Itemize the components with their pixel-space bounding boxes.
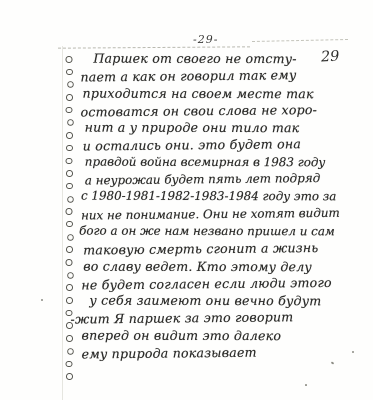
binding-hole xyxy=(66,94,73,101)
binding-hole xyxy=(66,361,73,368)
binding-hole xyxy=(66,221,73,228)
handwritten-line: и остались они. это будет она xyxy=(83,136,367,156)
binding-hole xyxy=(66,297,73,304)
binding-hole xyxy=(66,208,73,215)
handwritten-line: -жит Я паршек за это говорит xyxy=(70,309,367,329)
handwritten-line: с 1980-1981-1982-1983-1984 году это за xyxy=(81,189,367,207)
binding-hole xyxy=(67,120,73,126)
handwritten-line: Паршек от своего не отсту- xyxy=(93,51,366,69)
binding-hole xyxy=(66,183,73,190)
binding-holes xyxy=(66,56,73,380)
binding-hole xyxy=(67,82,73,88)
page-number-top: -29- xyxy=(193,33,218,46)
handwritten-line: правдой война всемирная в 1983 году xyxy=(85,154,367,172)
handwritten-line: них не понимание. Они не хотят видит xyxy=(81,205,367,225)
scan-speck xyxy=(352,351,354,353)
handwritten-line: не будет согласен если люди этого xyxy=(81,274,367,294)
binding-hole xyxy=(66,145,73,152)
binding-hole xyxy=(66,284,73,291)
handwritten-line: бого а он же нам незвано пришел и сам xyxy=(79,224,367,242)
binding-hole xyxy=(67,196,73,202)
binding-hole xyxy=(67,272,73,278)
scanned-page: -29- 29 Паршек от своего не отсту- пает … xyxy=(0,0,373,400)
binding-hole xyxy=(66,335,73,342)
binding-hole xyxy=(67,348,73,354)
page-top-edge xyxy=(58,46,250,48)
binding-hole xyxy=(66,158,73,165)
handwritten-line: во славу ведет. Кто этому делу xyxy=(83,258,367,276)
scan-speck xyxy=(41,299,43,301)
handwritten-line: таковую смерть сгонит а жизнь xyxy=(83,240,367,260)
binding-hole xyxy=(67,234,73,240)
scan-speck xyxy=(331,361,335,364)
binding-hole xyxy=(66,56,73,63)
page-left-edge xyxy=(62,46,63,400)
binding-hole xyxy=(66,107,73,114)
handwritten-line: вперед он видит это далеко xyxy=(82,327,368,345)
binding-hole xyxy=(66,246,73,253)
handwritten-line: приходится на своем месте так xyxy=(82,85,366,103)
binding-hole xyxy=(66,170,73,177)
handwritten-text-block: Паршек от своего не отсту- пает а как он… xyxy=(78,50,367,363)
handwritten-line: пает а как он говорил так ему xyxy=(80,67,366,87)
binding-hole xyxy=(66,373,73,380)
handwritten-line: остоватся он свои слова не хоро- xyxy=(81,101,367,121)
handwritten-line: ему природа показывает xyxy=(82,344,368,364)
binding-hole xyxy=(66,69,73,76)
binding-hole xyxy=(66,132,73,139)
binding-hole xyxy=(66,259,73,266)
scan-speck xyxy=(305,384,307,386)
page-top-edge-right xyxy=(252,39,348,42)
